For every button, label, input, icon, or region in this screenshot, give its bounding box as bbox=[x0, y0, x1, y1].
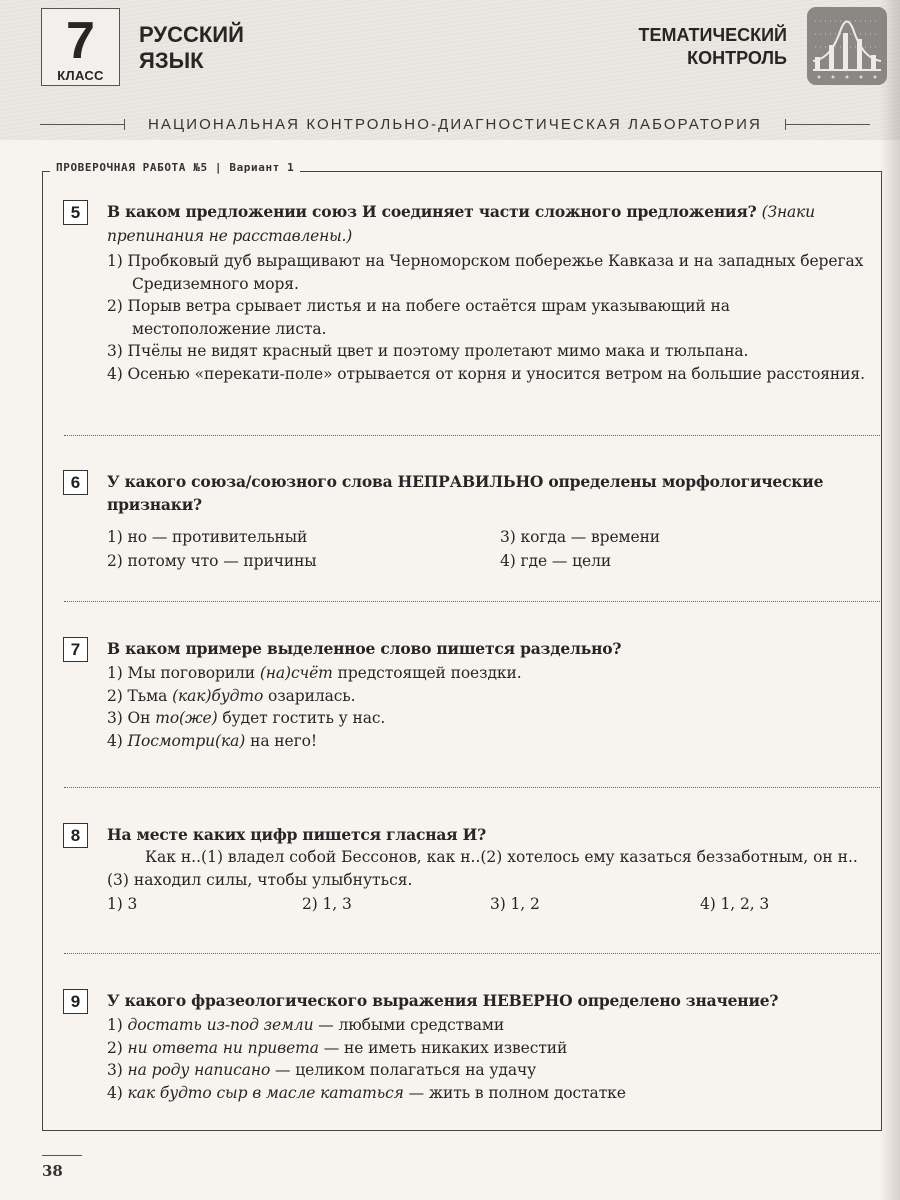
highlighted-word: то(же) bbox=[155, 709, 217, 727]
answer-option[interactable]: 2) потому что — причины bbox=[107, 550, 500, 573]
banner-rule-left bbox=[40, 124, 125, 125]
answer-options: 1) Мы поговорили (на)счёт предстоящей по… bbox=[107, 662, 873, 752]
series-line-2: КОНТРОЛЬ bbox=[638, 47, 787, 70]
bell-curve-chart-icon bbox=[807, 7, 887, 85]
answer-option[interactable]: 3) Пчёлы не видят красный цвет и поэтому… bbox=[107, 340, 873, 363]
option-number: 3) bbox=[107, 709, 123, 727]
idiom-phrase: достать из-под земли bbox=[128, 1016, 314, 1034]
idiom-meaning: — не иметь никаких известий bbox=[324, 1039, 568, 1057]
idiom-meaning: — жить в полном достатке bbox=[409, 1084, 626, 1102]
idiom-phrase: на роду написано bbox=[128, 1061, 271, 1079]
idiom-phrase: ни ответа ни привета bbox=[128, 1039, 319, 1057]
option-text: будет гостить у нас. bbox=[222, 709, 385, 727]
task-number: 9 bbox=[63, 989, 88, 1014]
answer-option[interactable]: 4) Осенью «перекати-поле» отрывается от … bbox=[107, 363, 873, 386]
answer-option[interactable]: 2) ни ответа ни привета — не иметь никак… bbox=[107, 1037, 873, 1060]
option-number: 1) bbox=[107, 1016, 123, 1034]
answer-option[interactable]: 4) где — цели bbox=[500, 550, 800, 573]
highlighted-word: (на)счёт bbox=[260, 664, 333, 682]
dotted-separator bbox=[64, 435, 880, 436]
answer-options: 1) 3 2) 1, 3 3) 1, 2 4) 1, 2, 3 bbox=[107, 893, 873, 916]
answer-option[interactable]: 4) 1, 2, 3 bbox=[700, 893, 860, 916]
answer-options: 1) Пробковый дуб выращивают на Черноморс… bbox=[107, 250, 873, 385]
answer-option[interactable]: 1) достать из-под земли — любыми средств… bbox=[107, 1014, 873, 1037]
task-7: 7 В каком примере выделенное слово пишет… bbox=[63, 637, 873, 752]
answer-option[interactable]: 2) Порыв ветра срывает листья и на побег… bbox=[107, 295, 873, 340]
option-number: 1) bbox=[107, 664, 123, 682]
dotted-separator bbox=[64, 787, 880, 788]
answer-option[interactable]: 4) как будто сыр в масле кататься — жить… bbox=[107, 1082, 873, 1105]
option-text: Мы поговорили bbox=[128, 664, 255, 682]
task-9: 9 У какого фразеологического выражения Н… bbox=[63, 989, 873, 1104]
option-number: 2) bbox=[107, 687, 123, 705]
answer-option[interactable]: 4) Посмотри(ка) на него! bbox=[107, 730, 873, 753]
answer-option[interactable]: 1) Мы поговорили (на)счёт предстоящей по… bbox=[107, 662, 873, 685]
option-number: 3) bbox=[107, 1061, 123, 1079]
subject-line-1: РУССКИЙ bbox=[139, 22, 244, 48]
answer-option[interactable]: 3) на роду написано — целиком полагаться… bbox=[107, 1059, 873, 1082]
task-8: 8 На месте каких цифр пишется гласная И?… bbox=[63, 823, 873, 916]
question-text: В каком предложении союз И соединяет час… bbox=[107, 202, 756, 221]
task-number: 7 bbox=[63, 637, 88, 662]
lab-name: НАЦИОНАЛЬНАЯ КОНТРОЛЬНО-ДИАГНОСТИЧЕСКАЯ … bbox=[140, 116, 770, 133]
banner-rule-right bbox=[785, 124, 870, 125]
task-question: В каком предложении союз И соединяет час… bbox=[107, 200, 873, 248]
subject-line-2: ЯЗЫК bbox=[139, 48, 244, 74]
option-text: озарилась. bbox=[268, 687, 355, 705]
option-number: 4) bbox=[107, 1084, 123, 1102]
page-number-rule bbox=[42, 1155, 82, 1156]
dotted-separator bbox=[64, 953, 880, 954]
option-text: предстоящей поездки. bbox=[338, 664, 522, 682]
option-text: Тьма bbox=[128, 687, 168, 705]
answer-option[interactable]: 2) 1, 3 bbox=[302, 893, 490, 916]
task-number: 6 bbox=[63, 470, 88, 495]
option-number: 4) bbox=[107, 732, 123, 750]
idiom-meaning: — целиком полагаться на удачу bbox=[275, 1061, 536, 1079]
dotted-separator bbox=[64, 601, 880, 602]
answer-option[interactable]: 1) но — противительный bbox=[107, 526, 500, 549]
lab-banner: НАЦИОНАЛЬНАЯ КОНТРОЛЬНО-ДИАГНОСТИЧЕСКАЯ … bbox=[40, 113, 870, 135]
idiom-phrase: как будто сыр в масле кататься bbox=[128, 1084, 404, 1102]
page-edge-shadow bbox=[880, 0, 900, 1200]
answer-options: 1) но — противительный 3) когда — времен… bbox=[107, 526, 873, 572]
answer-options: 1) достать из-под земли — любыми средств… bbox=[107, 1014, 873, 1104]
series-title: ТЕМАТИЧЕСКИЙ КОНТРОЛЬ bbox=[638, 24, 787, 70]
work-title: ПРОВЕРОЧНАЯ РАБОТА №5 | Вариант 1 bbox=[50, 161, 300, 174]
task-passage: Как н..(1) владел собой Бессонов, как н.… bbox=[107, 846, 873, 891]
grade-label: КЛАСС bbox=[57, 68, 103, 83]
task-question: На месте каких цифр пишется гласная И? bbox=[107, 823, 873, 846]
task-question: У какого союза/союзного слова НЕПРАВИЛЬН… bbox=[107, 470, 873, 516]
task-question: У какого фразеологического выражения НЕВ… bbox=[107, 989, 873, 1012]
grade-badge: 7 КЛАСС bbox=[41, 8, 120, 86]
answer-option[interactable]: 1) Пробковый дуб выращивают на Черноморс… bbox=[107, 250, 873, 295]
task-number: 8 bbox=[63, 823, 88, 848]
option-text: Он bbox=[128, 709, 151, 727]
highlighted-word: (как)будто bbox=[172, 687, 263, 705]
highlighted-word: Посмотри(ка) bbox=[128, 732, 246, 750]
page-number: 38 bbox=[42, 1162, 63, 1180]
idiom-meaning: — любыми средствами bbox=[318, 1016, 504, 1034]
answer-option[interactable]: 3) когда — времени bbox=[500, 526, 800, 549]
answer-option[interactable]: 1) 3 bbox=[107, 893, 302, 916]
task-question: В каком примере выделенное слово пишется… bbox=[107, 637, 873, 660]
answer-option[interactable]: 2) Тьма (как)будто озарилась. bbox=[107, 685, 873, 708]
grade-number: 7 bbox=[66, 15, 95, 67]
task-6: 6 У какого союза/союзного слова НЕПРАВИЛ… bbox=[63, 470, 873, 572]
subject-title: РУССКИЙ ЯЗЫК bbox=[139, 22, 244, 74]
answer-option[interactable]: 3) Он то(же) будет гостить у нас. bbox=[107, 707, 873, 730]
task-number: 5 bbox=[63, 200, 88, 225]
series-line-1: ТЕМАТИЧЕСКИЙ bbox=[638, 24, 787, 47]
answer-option[interactable]: 3) 1, 2 bbox=[490, 893, 700, 916]
option-text: на него! bbox=[250, 732, 317, 750]
task-5: 5 В каком предложении союз И соединяет ч… bbox=[63, 200, 873, 385]
option-number: 2) bbox=[107, 1039, 123, 1057]
